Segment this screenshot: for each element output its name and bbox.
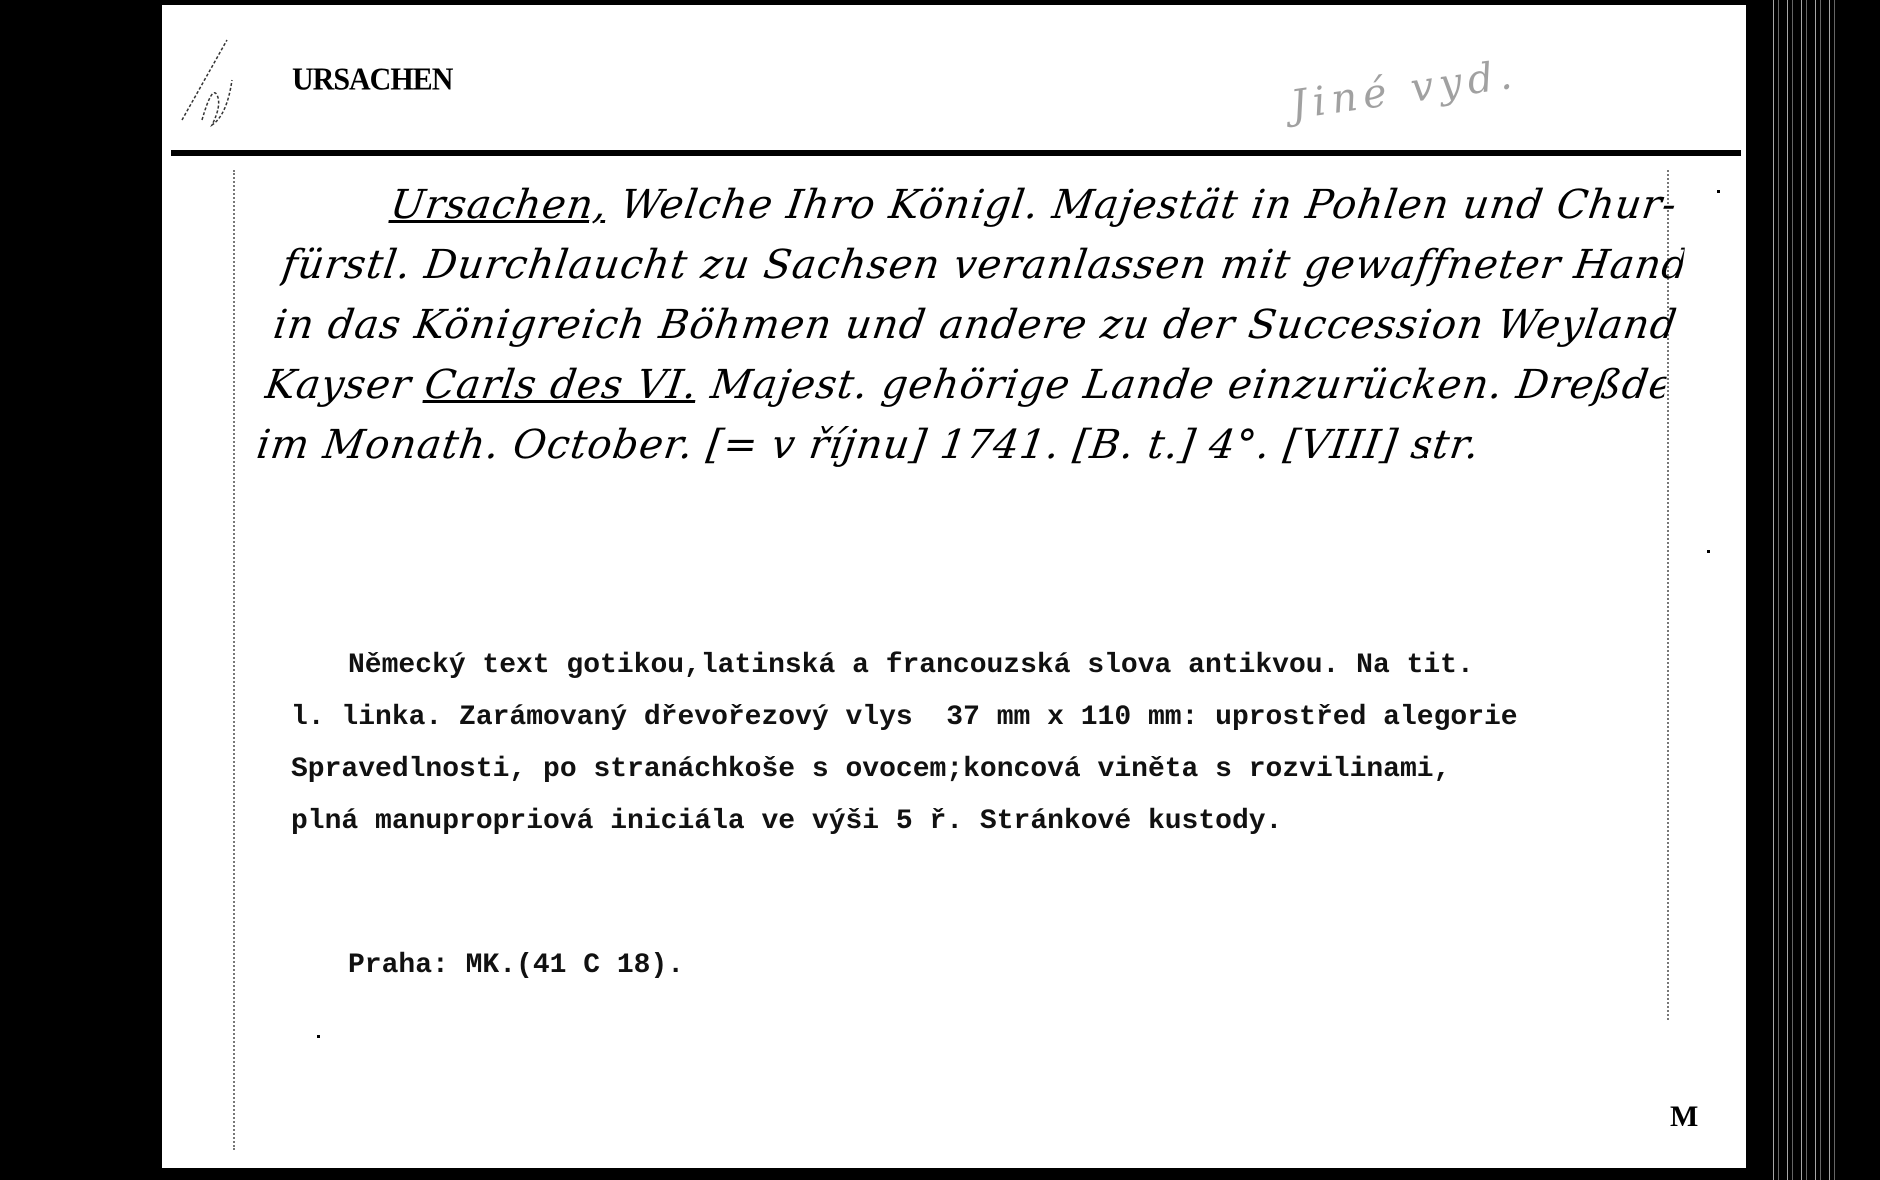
underlined-word: Ursachen, xyxy=(388,182,611,228)
typed-line: Spravedlnosti, po stranáchkoše s ovocem;… xyxy=(291,744,1711,796)
film-edge-stripes xyxy=(1769,0,1841,1180)
handwritten-title: Ursachen, Welche Ihro Königl. Majestät i… xyxy=(253,175,1695,475)
scan-speck xyxy=(1707,550,1710,553)
left-margin-line xyxy=(233,170,235,1150)
corner-mark: M xyxy=(1670,1100,1698,1134)
catalog-card: URSACHEN Jiné vyd. Ursachen, Welche Ihro… xyxy=(162,5,1746,1168)
scan-speck xyxy=(1717,190,1720,193)
handwritten-line: Kayser Carls des VI. Majest. gehörige La… xyxy=(261,355,1669,415)
handwritten-line: fürstl. Durchlaucht zu Sachsen veranlass… xyxy=(278,235,1686,295)
scan-speck xyxy=(1424,455,1427,458)
typed-description: Německý text gotikou,latinská a francouz… xyxy=(291,640,1711,848)
holding-location: Praha: MK.(41 C 18). xyxy=(348,950,684,981)
header-rule xyxy=(171,150,1741,156)
card-heading: URSACHEN xyxy=(292,62,452,98)
pencil-annotation-left xyxy=(172,25,252,135)
handwritten-line: Ursachen, Welche Ihro Königl. Majestät i… xyxy=(287,175,1695,235)
scan-speck xyxy=(317,1035,320,1038)
typed-line: l. linka. Zarámovaný dřevořezový vlys 37… xyxy=(291,692,1711,744)
underlined-word: Carls des VI. xyxy=(422,362,701,408)
typed-line: plná manupropriová iniciála ve výši 5 ř.… xyxy=(291,796,1711,848)
typed-line: Německý text gotikou,latinská a francouz… xyxy=(291,640,1711,692)
pencil-annotation-right: Jiné vyd. xyxy=(1288,51,1521,128)
handwritten-line: in das Königreich Böhmen und andere zu d… xyxy=(270,295,1678,355)
handwritten-line: im Monath. October. [= v říjnu] 1741. [B… xyxy=(253,415,1661,475)
